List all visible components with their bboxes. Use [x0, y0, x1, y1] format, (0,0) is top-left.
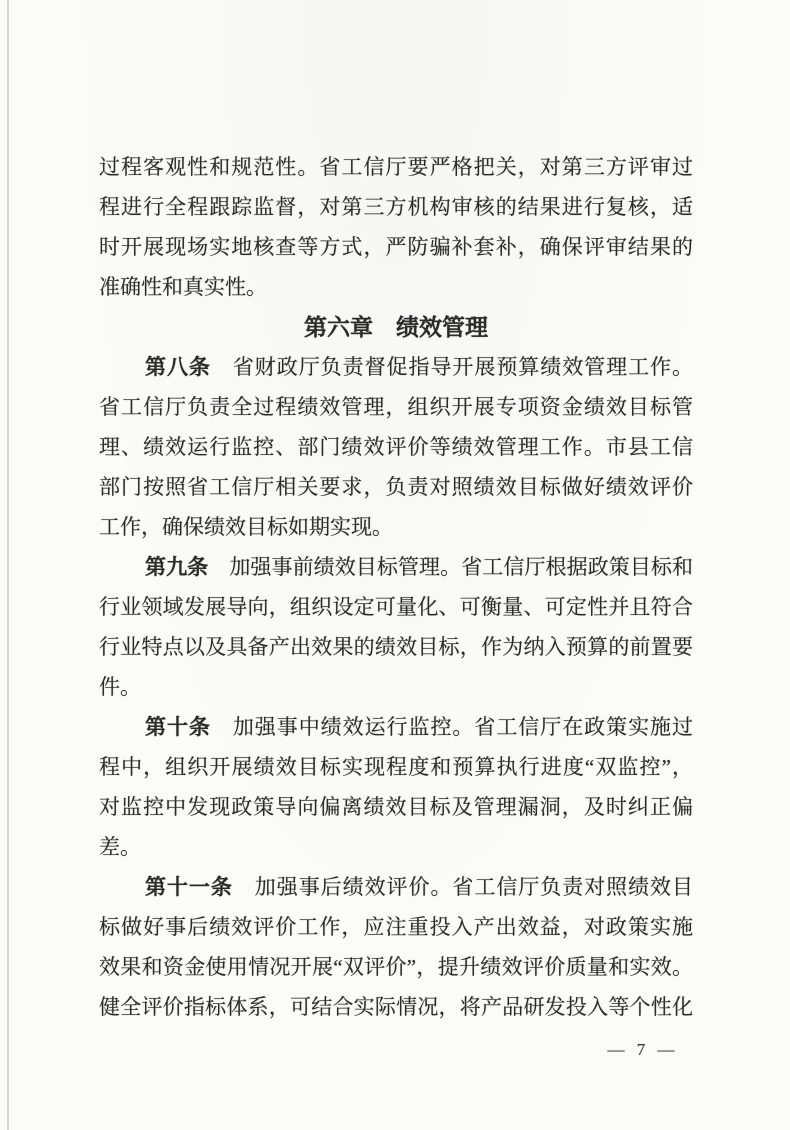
text-line: 行业领域发展导向，组织设定可量化、可衡量、可定性并且符合	[99, 587, 693, 627]
text-segment: 效果和资金使用情况开展“双评价”，提升绩效评价质量和实效。	[99, 955, 693, 979]
page-number: — 7 —	[588, 1038, 698, 1062]
text-line: 健全评价指标体系，可结合实际情况，将产品研发投入等个性化	[99, 987, 693, 1027]
article-label: 第六章 绩效管理	[304, 314, 488, 340]
text-segment: 行业领域发展导向，组织设定可量化、可衡量、可定性并且符合	[99, 595, 693, 619]
text-segment: 过程客观性和规范性。省工信厅要严格把关，对第三方评审过	[99, 155, 693, 179]
article-label: 第十条	[145, 716, 211, 739]
text-segment: 程进行全程跟踪监督，对第三方机构审核的结果进行复核，适	[99, 195, 693, 219]
text-line: 对监控中发现政策导向偏离绩效目标及管理漏洞，及时纠正偏	[99, 787, 693, 827]
text-line: 第八条 省财政厅负责督促指导开展预算绩效管理工作。	[99, 347, 693, 387]
text-segment: 行业特点以及具备产出效果的绩效目标，作为纳入预算的前置要	[99, 635, 693, 659]
text-segment: 工作，确保绩效目标如期实现。	[99, 515, 393, 539]
article-label: 第九条	[145, 556, 208, 579]
body-paragraph: 第十条 加强事中绩效运行监控。省工信厅在政策实施过程中，组织开展绩效目标实现程度…	[99, 707, 693, 867]
text-line: 程进行全程跟踪监督，对第三方机构审核的结果进行复核，适	[99, 187, 693, 227]
text-line: 第九条 加强事前绩效目标管理。省工信厅根据政策目标和	[99, 547, 693, 587]
text-line: 工作，确保绩效目标如期实现。	[99, 507, 693, 547]
text-segment: 部门按照省工信厅相关要求，负责对照绩效目标做好绩效评价	[99, 475, 693, 499]
document-body: 过程客观性和规范性。省工信厅要严格把关，对第三方评审过程进行全程跟踪监督，对第三…	[99, 147, 693, 1027]
text-segment: 加强事后绩效评价。省工信厅负责对照绩效目	[233, 875, 693, 899]
text-segment: 时开展现场实地核查等方式，严防骗补套补，确保评审结果的	[99, 235, 693, 259]
text-line: 准确性和真实性。	[99, 267, 693, 307]
text-segment: 件。	[99, 675, 141, 699]
text-line: 标做好事后绩效评价工作，应注重投入产出效益，对政策实施	[99, 907, 693, 947]
text-line: 行业特点以及具备产出效果的绩效目标，作为纳入预算的前置要	[99, 627, 693, 667]
article-label: 第八条	[145, 356, 211, 379]
body-paragraph: 第八条 省财政厅负责督促指导开展预算绩效管理工作。省工信厅负责全过程绩效管理，组…	[99, 347, 693, 547]
text-line: 过程客观性和规范性。省工信厅要严格把关，对第三方评审过	[99, 147, 693, 187]
body-paragraph: 过程客观性和规范性。省工信厅要严格把关，对第三方评审过程进行全程跟踪监督，对第三…	[99, 147, 693, 307]
text-line: 省工信厅负责全过程绩效管理，组织开展专项资金绩效目标管	[99, 387, 693, 427]
text-segment: 对监控中发现政策导向偏离绩效目标及管理漏洞，及时纠正偏	[99, 795, 693, 819]
text-line: 程中，组织开展绩效目标实现程度和预算执行进度“双监控”，	[99, 747, 693, 787]
text-line: 部门按照省工信厅相关要求，负责对照绩效目标做好绩效评价	[99, 467, 693, 507]
text-segment: 理、绩效运行监控、部门绩效评价等绩效管理工作。市县工信	[99, 435, 693, 459]
article-label: 第十一条	[145, 876, 233, 899]
body-paragraph: 第九条 加强事前绩效目标管理。省工信厅根据政策目标和行业领域发展导向，组织设定可…	[99, 547, 693, 707]
text-line: 理、绩效运行监控、部门绩效评价等绩效管理工作。市县工信	[99, 427, 693, 467]
text-segment: 差。	[99, 835, 141, 859]
text-segment: 加强事中绩效运行监控。省工信厅在政策实施过	[211, 715, 693, 739]
text-segment: 健全评价指标体系，可结合实际情况，将产品研发投入等个性化	[99, 995, 693, 1019]
scan-edge-line	[7, 0, 9, 1130]
text-line: 第十条 加强事中绩效运行监控。省工信厅在政策实施过	[99, 707, 693, 747]
text-segment: 程中，组织开展绩效目标实现程度和预算执行进度“双监控”，	[99, 755, 693, 779]
scanned-document-page: 过程客观性和规范性。省工信厅要严格把关，对第三方评审过程进行全程跟踪监督，对第三…	[0, 0, 790, 1130]
text-line: 时开展现场实地核查等方式，严防骗补套补，确保评审结果的	[99, 227, 693, 267]
text-line: 第十一条 加强事后绩效评价。省工信厅负责对照绩效目	[99, 867, 693, 907]
body-paragraph: 第十一条 加强事后绩效评价。省工信厅负责对照绩效目标做好事后绩效评价工作，应注重…	[99, 867, 693, 1027]
text-segment: 标做好事后绩效评价工作，应注重投入产出效益，对政策实施	[99, 915, 693, 939]
text-segment: 加强事前绩效目标管理。省工信厅根据政策目标和	[208, 555, 693, 579]
chapter-heading: 第六章 绩效管理	[99, 307, 693, 347]
text-line: 件。	[99, 667, 693, 707]
text-line: 差。	[99, 827, 693, 867]
text-segment: 省财政厅负责督促指导开展预算绩效管理工作。	[211, 355, 693, 379]
text-line: 效果和资金使用情况开展“双评价”，提升绩效评价质量和实效。	[99, 947, 693, 987]
chapter-heading-line: 第六章 绩效管理	[99, 307, 693, 347]
text-segment: 省工信厅负责全过程绩效管理，组织开展专项资金绩效目标管	[99, 395, 693, 419]
text-segment: 准确性和真实性。	[99, 275, 267, 299]
